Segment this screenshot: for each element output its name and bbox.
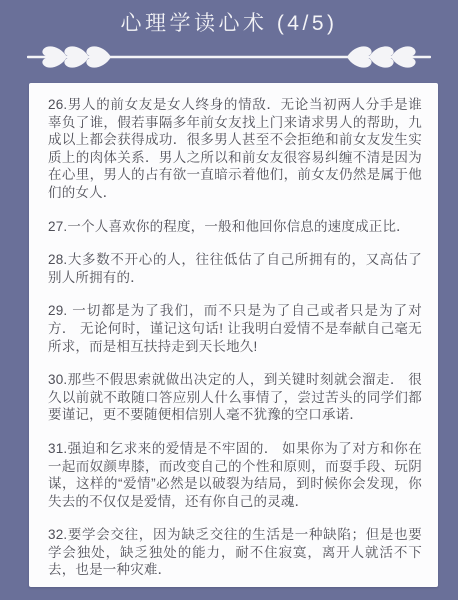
heart-arrow-divider-icon	[27, 44, 431, 70]
tip-item-27: 27.一个人喜欢你的程度，一般和他回你信息的速度成正比．	[48, 218, 422, 236]
tip-item-28: 28.大多数不开心的人，往往低估了自己所拥有的，又高估了别人所拥有的．	[48, 251, 422, 286]
page: { "colors": { "background": "#6a7099", "…	[0, 0, 458, 600]
triple-heart-arrows-left-icon	[347, 46, 416, 67]
heart-arrow-divider	[0, 44, 458, 70]
triple-heart-arrows-right-icon	[42, 46, 111, 67]
tip-item-32: 32.要学会交往，因为缺乏交往的生活是一种缺陷；但是也要学会独处，缺乏独处的能力…	[48, 526, 422, 579]
tip-item-30: 30.那些不假思索就做出决定的人，到关键时刻就会溜走． 很久以前就不敢随口答应别…	[48, 371, 422, 424]
tips-card: 26.男人的前女友是女人终身的情敌．无论当初两人分手是谁辜负了谁，假若事隔多年前…	[29, 83, 438, 587]
tip-item-26: 26.男人的前女友是女人终身的情敌．无论当初两人分手是谁辜负了谁，假若事隔多年前…	[48, 96, 422, 202]
tip-item-29: 29. 一切都是为了我们，而不只是为了自己或者只是为了对方． 无论何时，谨记这句…	[48, 302, 422, 355]
page-title: 心理学读心术 (4/5)	[0, 0, 458, 38]
tip-item-31: 31.强迫和乞求来的爱情是不牢固的． 如果你为了对方和你在一起而奴颜卑膝，而改变…	[48, 440, 422, 510]
